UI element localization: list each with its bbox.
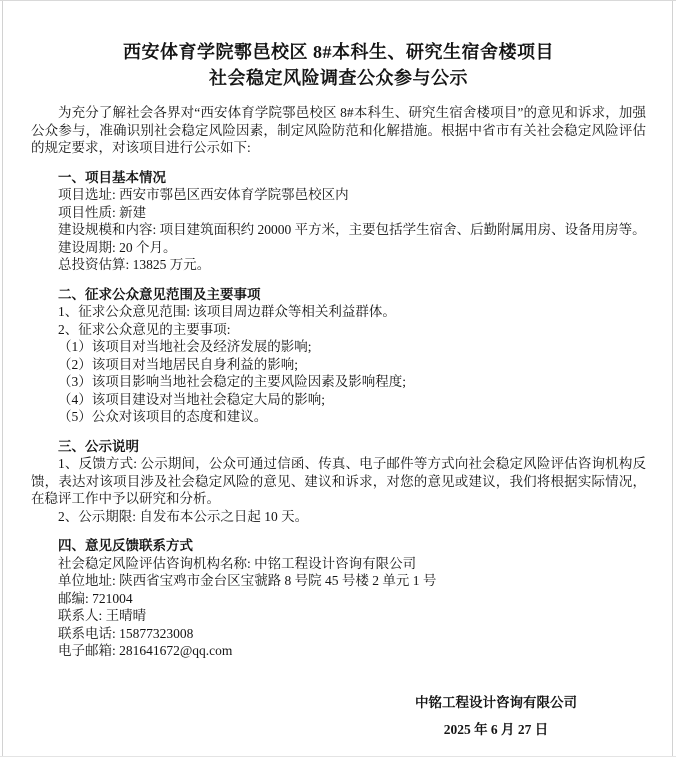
opinion-scope-line: 1、征求公众意见范围: 该项目周边群众等相关利益群体。: [31, 303, 646, 321]
signature-date: 2025 年 6 月 27 日: [336, 721, 656, 738]
project-period-line: 建设周期: 20 个月。: [31, 239, 646, 257]
notice-period-line: 2、公示期限: 自发布本公示之日起 10 天。: [31, 508, 646, 526]
page-right-edge: [672, 1, 673, 756]
postal-code-line: 邮编: 721004: [31, 590, 646, 608]
contact-email-line: 电子邮箱: 281641672@qq.com: [31, 642, 646, 660]
section-4-heading: 四、意见反馈联系方式: [31, 537, 646, 555]
section-1-heading: 一、项目基本情况: [31, 169, 646, 187]
matter-item-1: （1）该项目对当地社会及经济发展的影响;: [31, 338, 646, 356]
signature-company: 中铭工程设计咨询有限公司: [336, 694, 656, 711]
intro-paragraph: 为充分了解社会各界对“西安体育学院鄠邑校区 8#本科生、研究生宿舍楼项目”的意见…: [31, 104, 646, 157]
notice-document-page: 西安体育学院鄠邑校区 8#本科生、研究生宿舍楼项目 社会稳定风险调查公众参与公示…: [0, 0, 676, 757]
project-nature-line: 项目性质: 新建: [31, 204, 646, 222]
matter-item-3: （3）该项目影响当地社会稳定的主要风险因素及影响程度;: [31, 373, 646, 391]
contact-person-line: 联系人: 王晴晴: [31, 607, 646, 625]
opinion-matters-line: 2、征求公众意见的主要事项:: [31, 321, 646, 339]
document-title-line1: 西安体育学院鄠邑校区 8#本科生、研究生宿舍楼项目: [31, 39, 646, 65]
section-2-heading: 二、征求公众意见范围及主要事项: [31, 286, 646, 304]
project-location-line: 项目选址: 西安市鄠邑区西安体育学院鄠邑校区内: [31, 186, 646, 204]
signature-block: 中铭工程设计咨询有限公司 2025 年 6 月 27 日: [336, 694, 656, 738]
contact-phone-line: 联系电话: 15877323008: [31, 625, 646, 643]
project-scale-line: 建设规模和内容: 项目建筑面积约 20000 平方米，主要包括学生宿舍、后勤附属…: [31, 221, 646, 239]
agency-name-line: 社会稳定风险评估咨询机构名称: 中铭工程设计咨询有限公司: [31, 555, 646, 573]
section-3-heading: 三、公示说明: [31, 438, 646, 456]
agency-address-line: 单位地址: 陕西省宝鸡市金台区宝虢路 8 号院 45 号楼 2 单元 1 号: [31, 572, 646, 590]
document-content: 西安体育学院鄠邑校区 8#本科生、研究生宿舍楼项目 社会稳定风险调查公众参与公示…: [0, 1, 676, 660]
page-left-edge: [2, 1, 3, 756]
matter-item-2: （2）该项目对当地居民自身利益的影响;: [31, 356, 646, 374]
feedback-method-paragraph: 1、反馈方式: 公示期间，公众可通过信函、传真、电子邮件等方式向社会稳定风险评估…: [31, 455, 646, 508]
matter-item-4: （4）该项目建设对当地社会稳定大局的影响;: [31, 391, 646, 409]
document-title-line2: 社会稳定风险调查公众参与公示: [31, 65, 646, 91]
project-investment-line: 总投资估算: 13825 万元。: [31, 256, 646, 274]
matter-item-5: （5）公众对该项目的态度和建议。: [31, 408, 646, 426]
